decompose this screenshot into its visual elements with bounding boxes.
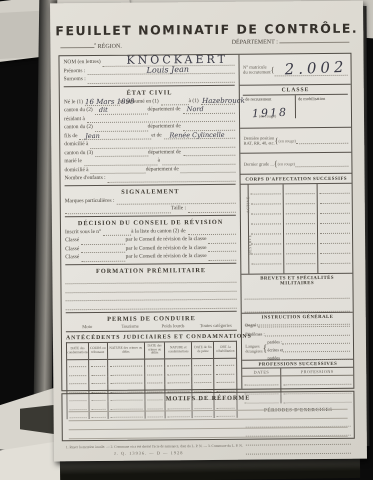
region-departement-line: e RÉGION. DÉPARTEMENT :	[60, 39, 349, 51]
permis-col-toutes: Toutes catégories	[194, 322, 237, 327]
etat-civil-title: ÉTAT CIVIL	[64, 88, 235, 96]
classe-mobilisation-cell: de mobilisation	[296, 95, 348, 118]
antecedents-header-row: DATE des condamnations COURS ou tribunau…	[67, 341, 237, 359]
conseil-title: DÉCISION DU CONSEIL DE RÉVISION	[65, 218, 236, 226]
langues-row: Langues étrangères { parlées : écrites e…	[245, 337, 350, 361]
permis-col-poids-lourds: Poids lourds	[152, 323, 195, 328]
departement-field: DÉPARTEMENT :	[232, 39, 350, 49]
corps-col-3	[318, 184, 352, 273]
corps-side-labels: ACTIVE RÉSERVE	[241, 185, 250, 274]
identity-section: NOM (en lettres) KNOCKAERT Prénoms : Lou…	[63, 57, 235, 87]
brevets-title: BREVETS ET SPÉCIALITÉS MILITAIRES	[245, 276, 350, 287]
right-column: N° matricule du recrutement { 2.002 CLAS…	[240, 54, 353, 389]
formation-premilitaire-section: FORMATION PRÉMILITAIRE	[65, 266, 237, 312]
left-column: NOM (en lettres) KNOCKAERT Prénoms : Lou…	[59, 55, 242, 391]
classe-block: CLASSE de recrutement 1918 (en rouge) de…	[240, 85, 351, 129]
classe-recrutement-cell: de recrutement 1918 (en rouge)	[243, 95, 296, 118]
matricule-handwritten: 2.002	[284, 57, 348, 78]
permis-title: PERMIS DE CONDUIRE	[66, 314, 237, 322]
permis-section: PERMIS DE CONDUIRE Moto Tourisme Poids l…	[66, 314, 238, 331]
birthplace-handwritten: Hazebrouck	[202, 96, 245, 105]
photo-of-document: { "header": { "title": "FEUILLET NOMINAT…	[0, 0, 373, 480]
corps-active-label: ACTIVE	[247, 196, 251, 213]
permis-col-moto: Moto	[66, 323, 109, 328]
etat-civil-section: ÉTAT CIVIL Né le (1) 16 Mars 1898 ou pré…	[64, 88, 236, 185]
motifs-reforme-box: MOTIFS DE RÉFORME	[61, 391, 354, 442]
corps-reserve-label: RÉSERVE	[248, 235, 252, 255]
permis-col-tourisme: Tourisme	[109, 323, 152, 328]
dernier-grade-block: Dernier grade ... { (en rouge)	[241, 153, 352, 175]
printer-mark: J. Q. 13936. — D — 1928	[114, 450, 184, 456]
canton-handwritten: dit	[99, 106, 108, 114]
nom-label: NOM (en lettres)	[63, 58, 100, 67]
derniere-position-block: Dernière position RAT, RR, 48, etc. { (e…	[241, 128, 352, 154]
form-title: FEUILLET NOMINATIF DE CONTRÔLE.	[50, 21, 363, 39]
signalement-title: SIGNALEMENT	[65, 187, 236, 195]
corps-col-1	[249, 184, 284, 273]
brevets-block: BREVETS ET SPÉCIALITÉS MILITAIRES	[242, 274, 353, 314]
formation-title: FORMATION PRÉMILITAIRE	[65, 266, 236, 274]
matricule-block: N° matricule du recrutement { 2.002	[240, 54, 351, 86]
corps-table: ACTIVE RÉSERVE	[241, 183, 352, 274]
conseil-revision-section: DÉCISION DU CONSEIL DE RÉVISION Inscrit …	[65, 218, 237, 264]
corps-col-2	[284, 184, 319, 273]
instruction-block: INSTRUCTION GÉNÉRALE Degré : Diplômes : …	[242, 313, 353, 361]
region-field: e RÉGION.	[60, 41, 122, 51]
classe-title: CLASSE	[243, 87, 348, 94]
footnote: 1. Rayer la mention inutile. — 2. Commun…	[66, 444, 243, 450]
corps-affectation-block: CORPS D'AFFECTATION SUCCESSIFS ACTIVE RÉ…	[241, 174, 352, 275]
professions-title: PROFESSIONS SUCCESSIVES	[243, 362, 354, 368]
nom-handwritten: KNOCKAERT	[126, 56, 228, 65]
form-page: FEUILLET NOMINATIF DE CONTRÔLE. e RÉGION…	[50, 1, 367, 462]
prenoms-label: Prénoms :	[64, 67, 86, 75]
permis-columns: Moto Tourisme Poids lourds Toutes catégo…	[66, 322, 237, 328]
surnoms-label: Surnoms :	[64, 75, 86, 83]
main-form-box: NOM (en lettres) KNOCKAERT Prénoms : Lou…	[58, 53, 354, 392]
father-handwritten: Jean	[85, 132, 100, 140]
signalement-section: SIGNALEMENT Marques particulières : Tail…	[65, 187, 237, 216]
departement-handwritten: Nord	[187, 105, 204, 113]
